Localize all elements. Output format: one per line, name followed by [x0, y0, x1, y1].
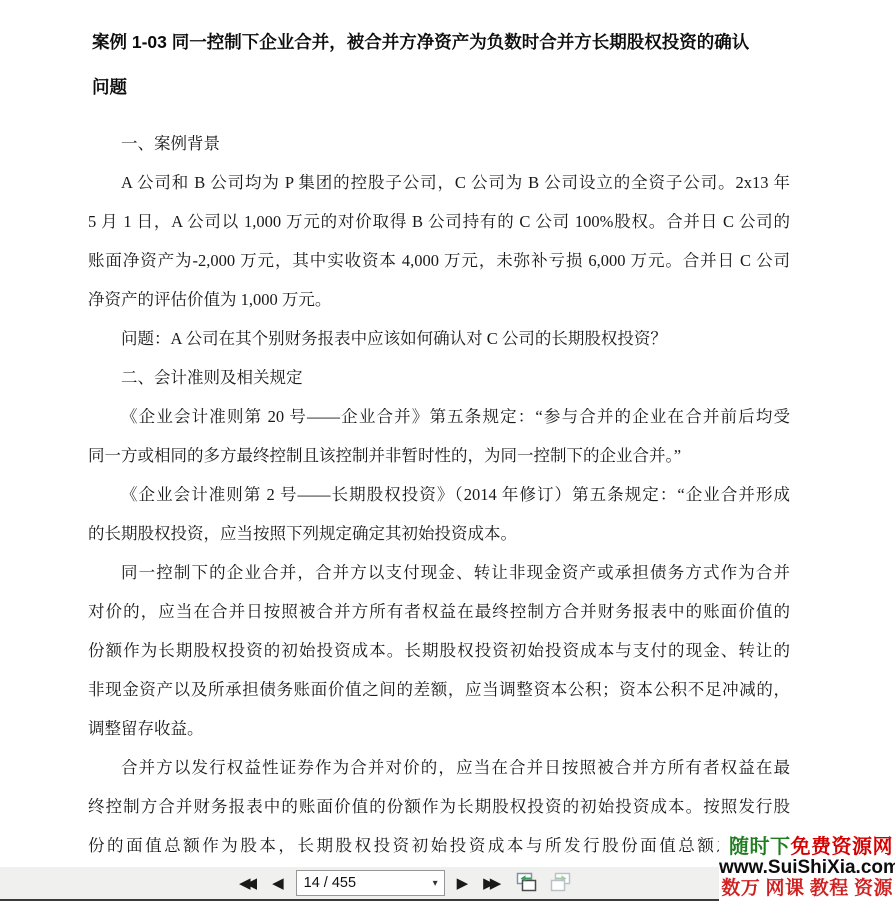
right-arrow-icon: ▶	[457, 870, 469, 896]
document-line: 合并方以发行权益性证券作为合并对价的，应当在合并日按照被合并方所有者权益在最	[88, 748, 790, 787]
document-title-line: 案例 1-03 同一控制下企业合并，被合并方净资产为负数时合并方长期股权投资的确…	[92, 20, 794, 65]
document-line: 问题：A 公司在其个别财务报表中应该如何确认对 C 公司的长期股权投资？	[88, 319, 790, 358]
dropdown-arrow-icon: ▾	[433, 878, 444, 889]
document-line: 非现金资产以及所承担债务账面价值之间的差额，应当调整资本公积；资本公积不足冲减的…	[88, 670, 790, 709]
document-line: 《企业会计准则第 20 号——企业合并》第五条规定：“参与合并的企业在合并前后均…	[88, 397, 790, 436]
double-left-arrow-icon: ◀◀	[239, 870, 252, 896]
document-line: 对价的，应当在合并日按照被合并方所有者权益在最终控制方合并财务报表中的账面价值的	[88, 592, 790, 631]
document-line: 5 月 1 日，A 公司以 1,000 万元的对价取得 B 公司持有的 C 公司…	[88, 202, 790, 241]
double-right-arrow-icon: ▶▶	[483, 870, 496, 896]
document-title: 案例 1-03 同一控制下企业合并，被合并方净资产为负数时合并方长期股权投资的确…	[92, 20, 794, 110]
next-page-button[interactable]: ▶	[454, 870, 472, 896]
document-line: 的长期股权投资，应当按照下列规定确定其初始投资成本。	[88, 514, 790, 553]
page-number-value: 14 / 455	[304, 875, 356, 891]
document-line: 二、会计准则及相关规定	[88, 358, 790, 397]
next-view-icon	[548, 870, 574, 897]
document-line: 份的面值总额作为股本，长期股权投资初始投资成本与所发行股份面值总额之间的差	[88, 826, 790, 865]
document-line: 终控制方合并财务报表中的账面价值的份额作为长期股权投资的初始投资成本。按照发行股	[88, 787, 790, 826]
document-line: 份额作为长期股权投资的初始投资成本。长期股权投资初始投资成本与支付的现金、转让的	[88, 631, 790, 670]
pdf-viewer-window: 案例 1-03 同一控制下企业合并，被合并方净资产为负数时合并方长期股权投资的确…	[0, 0, 895, 901]
document-line: A 公司和 B 公司均为 P 集团的控股子公司，C 公司为 B 公司设立的全资子…	[88, 163, 790, 202]
document-title-line: 问题	[92, 65, 794, 110]
document-line: 同一方或相同的多方最终控制且该控制并非暂时性的，为同一控制下的企业合并。”	[88, 436, 790, 475]
previous-page-button[interactable]: ◀	[269, 870, 287, 896]
first-page-button[interactable]: ◀◀	[236, 870, 260, 896]
document-line: 净资产的评估价值为 1,000 万元。	[88, 280, 790, 319]
document-line: 账面净资产为-2,000 万元，其中实收资本 4,000 万元，未弥补亏损 6,…	[88, 241, 790, 280]
watermark-site-name-red: 免费资源网	[791, 836, 894, 858]
document-page: 一、案例背景 A 公司和 B 公司均为 P 集团的控股子公司，C 公司为 B 公…	[88, 124, 790, 865]
document-line: 一、案例背景	[88, 124, 790, 163]
watermark-site-name-green: 随时下	[729, 836, 791, 858]
watermark-url: www.SuiShiXia.com	[719, 858, 895, 878]
watermark-overlay: 随时下免费资源网 www.SuiShiXia.com 数万 网课 教程 资源	[719, 837, 895, 901]
document-line: 调整留存收益。	[88, 709, 790, 748]
page-number-combobox[interactable]: 14 / 455 ▾	[296, 870, 445, 896]
next-view-button[interactable]	[548, 871, 574, 895]
page-nav-group: ◀◀ ◀ 14 / 455 ▾ ▶ ▶▶	[236, 870, 574, 896]
previous-view-icon	[513, 870, 539, 897]
document-line: 《企业会计准则第 2 号——长期股权投资》（2014 年修订）第五条规定：“企业…	[88, 475, 790, 514]
document-line: 同一控制下的企业合并，合并方以支付现金、转让非现金资产或承担债务方式作为合并	[88, 553, 790, 592]
previous-view-button[interactable]	[513, 871, 539, 895]
watermark-slogan: 数万 网课 教程 资源	[719, 878, 895, 899]
left-arrow-icon: ◀	[272, 870, 284, 896]
last-page-button[interactable]: ▶▶	[480, 870, 504, 896]
watermark-site-name: 随时下免费资源网	[719, 837, 895, 858]
